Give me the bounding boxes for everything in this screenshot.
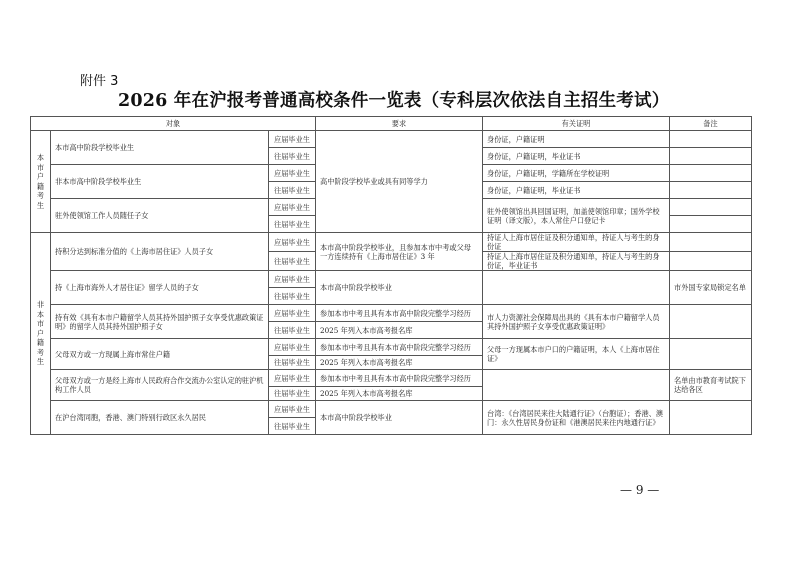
note-cell: 名单由市教育考试院下达给各区 [670,370,752,401]
subject-cell: 非本市高中阶段学校毕业生 [51,165,269,199]
proof-cell: 持证人上海市居住证及积分通知单，持证人与考生的身份证，毕业证书 [483,252,670,271]
proof-cell [483,271,670,305]
requirement-cell: 高中阶段学校毕业或具有同等学力 [316,131,483,233]
subject-cell: 持《上海市海外人才居住证》留学人员的子女 [51,271,269,305]
proof-cell: 台湾：《台湾居民来往大陆通行证》（台胞证）；香港、澳门：永久性居民身份证和《港澳… [483,401,670,435]
note-cell: 市外国专家局锁定名单 [670,271,752,305]
proof-cell [483,370,670,401]
student-type: 应届毕业生 [269,305,316,322]
note-cell [670,131,752,148]
student-type: 往届毕业生 [269,387,316,401]
subject-cell: 持积分达到标准分值的《上海市居住证》人员子女 [51,233,269,271]
note-cell [670,165,752,182]
header-requirement: 要求 [316,117,483,131]
requirement-cell: 本市高中阶段学校毕业 [316,401,483,435]
subject-cell: 父母双方或一方是经上海市人民政府合作交流办公室认定的驻沪机构工作人员 [51,370,269,401]
subject-cell: 持有效《具有本市户籍留学人员其持外国护照子女享受优惠政策证明》的留学人员其持外国… [51,305,269,339]
note-cell [670,182,752,199]
student-type: 应届毕业生 [269,199,316,216]
student-type: 应届毕业生 [269,271,316,288]
category-cell: 非本市户籍考生 [31,233,51,435]
subject-cell: 在沪台湾同胞，香港、澳门特别行政区永久居民 [51,401,269,435]
table-row: 持《上海市海外人才居住证》留学人员的子女 应届毕业生 本市高中阶段学校毕业 市外… [31,271,752,288]
proof-cell: 身份证，户籍证明，毕业证书 [483,182,670,199]
note-cell [670,148,752,165]
page-number: — 9 — [620,483,659,497]
table-row: 非本市户籍考生 持积分达到标准分值的《上海市居住证》人员子女 应届毕业生 本市高… [31,233,752,252]
subject-cell: 本市高中阶段学校毕业生 [51,131,269,165]
student-type: 应届毕业生 [269,233,316,252]
proof-cell: 身份证，户籍证明 [483,131,670,148]
proof-cell: 持证人上海市居住证及积分通知单，持证人与考生的身份证 [483,233,670,252]
student-type: 往届毕业生 [269,322,316,339]
table-row: 本市户籍考生 本市高中阶段学校毕业生 应届毕业生 高中阶段学校毕业或具有同等学力… [31,131,752,148]
student-type: 应届毕业生 [269,401,316,418]
note-cell [670,216,752,233]
note-cell [670,199,752,216]
requirement-cell: 2025 年列入本市高考报名库 [316,322,483,339]
table-row: 父母双方或一方是经上海市人民政府合作交流办公室认定的驻沪机构工作人员 应届毕业生… [31,370,752,387]
note-cell [670,233,752,252]
student-type: 应届毕业生 [269,370,316,387]
proof-cell: 市人力资源社会保障局出具的《具有本市户籍留学人员其持外国护照子女享受优惠政策证明… [483,305,670,339]
requirement-cell: 本市高中阶段学校毕业，且参加本市中考或父母一方连续持有《上海市居住证》3 年 [316,233,483,271]
student-type: 往届毕业生 [269,356,316,370]
student-type: 应届毕业生 [269,131,316,148]
student-type: 往届毕业生 [269,182,316,199]
table-row: 父母双方或一方现属上海市常住户籍 应届毕业生 参加本市中考且具有本市高中阶段完整… [31,339,752,356]
student-type: 应届毕业生 [269,165,316,182]
requirement-cell: 参加本市中考且具有本市高中阶段完整学习经历 [316,370,483,387]
requirement-cell: 参加本市中考且具有本市高中阶段完整学习经历 [316,339,483,356]
subject-cell: 父母双方或一方现属上海市常住户籍 [51,339,269,370]
category-label: 本市户籍考生 [37,153,45,210]
note-cell [670,305,752,339]
note-cell [670,339,752,370]
eligibility-table: 对象 要求 有关证明 备注 本市户籍考生 本市高中阶段学校毕业生 应届毕业生 高… [30,116,752,435]
student-type: 往届毕业生 [269,148,316,165]
proof-cell: 父母一方现属本市户口的户籍证明，本人《上海市居住证》 [483,339,670,370]
requirement-cell: 参加本市中考且具有本市高中阶段完整学习经历 [316,305,483,322]
table-header-row: 对象 要求 有关证明 备注 [31,117,752,131]
student-type: 往届毕业生 [269,288,316,305]
attachment-label: 附件 3 [80,70,118,89]
requirement-cell: 2025 年列入本市高考报名库 [316,356,483,370]
table-row: 在沪台湾同胞，香港、澳门特别行政区永久居民 应届毕业生 本市高中阶段学校毕业 台… [31,401,752,418]
document-title: 2026 年在沪报考普通高校条件一览表（专科层次依法自主招生考试） [118,87,669,112]
subject-cell: 驻外使领馆工作人员随任子女 [51,199,269,233]
requirement-cell: 本市高中阶段学校毕业 [316,271,483,305]
student-type: 应届毕业生 [269,339,316,356]
header-note: 备注 [670,117,752,131]
student-type: 往届毕业生 [269,252,316,271]
proof-cell: 身份证，户籍证明，学籍所在学校证明 [483,165,670,182]
category-label: 非本市户籍考生 [37,300,45,367]
student-type: 往届毕业生 [269,418,316,435]
requirement-cell: 2025 年列入本市高考报名库 [316,387,483,401]
proof-cell: 身份证，户籍证明，毕业证书 [483,148,670,165]
table-row: 持有效《具有本市户籍留学人员其持外国护照子女享受优惠政策证明》的留学人员其持外国… [31,305,752,322]
category-cell: 本市户籍考生 [31,131,51,233]
note-cell [670,252,752,271]
proof-cell: 驻外使领馆出具回国证明，加盖使领馆印章；国外学校证明（译文版），本人常住户口登记… [483,199,670,233]
header-subject: 对象 [31,117,316,131]
header-proof: 有关证明 [483,117,670,131]
note-cell [670,401,752,435]
student-type: 往届毕业生 [269,216,316,233]
